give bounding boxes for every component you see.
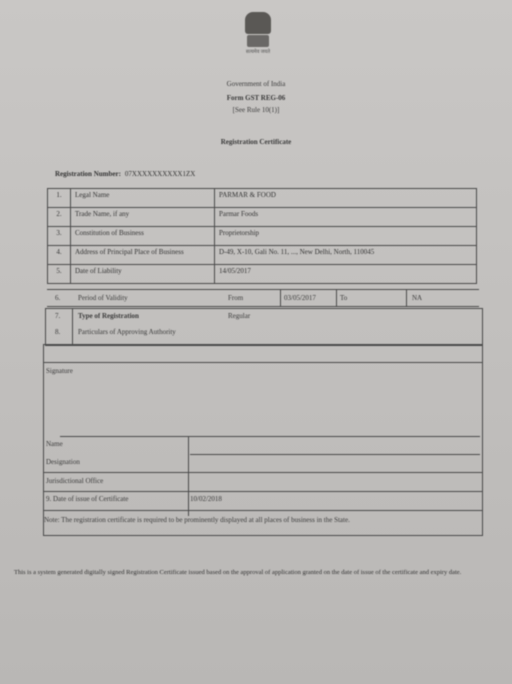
type-sn: 7. bbox=[55, 312, 60, 320]
row-sn: 5. bbox=[48, 265, 71, 284]
approving-label: Particulars of Approving Authority bbox=[78, 328, 176, 336]
type-label: Type of Registration bbox=[78, 312, 139, 320]
validity-to-value: NA bbox=[412, 294, 422, 302]
row-sn: 4. bbox=[48, 246, 71, 265]
table-row: 2.Trade Name, if anyParmar Foods bbox=[48, 208, 477, 227]
row-value: PARMAR & FOOD bbox=[215, 189, 477, 208]
header-government: Government of India bbox=[0, 80, 512, 88]
table-row: 1.Legal NamePARMAR & FOOD bbox=[48, 189, 477, 208]
table-row: 4.Address of Principal Place of Business… bbox=[48, 246, 477, 265]
issue-date-label: 9. Date of issue of Certificate bbox=[46, 495, 128, 503]
name-label: Name bbox=[46, 440, 63, 448]
validity-from-value: 03/05/2017 bbox=[284, 294, 316, 302]
registration-number-label: Registration Number: bbox=[55, 170, 121, 178]
row-label: Trade Name, if any bbox=[71, 208, 215, 227]
signature-label: Signature bbox=[46, 367, 73, 375]
row-label: Date of Liability bbox=[71, 265, 215, 284]
row-value: 14/05/2017 bbox=[215, 265, 477, 284]
header-rule: [See Rule 10(1)] bbox=[0, 106, 512, 114]
approving-sn: 8. bbox=[55, 328, 60, 336]
certificate-page: सत्यमेव जयते Government of India Form GS… bbox=[0, 0, 512, 684]
row-value: D-49, X-10, Gali No. 11, ..., New Delhi,… bbox=[215, 246, 477, 265]
row-value: Proprietorship bbox=[215, 227, 477, 246]
row-label: Legal Name bbox=[71, 189, 215, 208]
row-label: Constitution of Business bbox=[71, 227, 215, 246]
table-row: 5.Date of Liability14/05/2017 bbox=[48, 265, 477, 284]
type-value: Regular bbox=[228, 312, 250, 320]
designation-label: Designation bbox=[46, 458, 80, 466]
validity-from-label: From bbox=[228, 294, 243, 302]
emblem-motto: सत्यमेव जयते bbox=[242, 49, 274, 55]
certificate-details-table: 1.Legal NamePARMAR & FOOD2.Trade Name, i… bbox=[47, 188, 477, 284]
jurisdiction-label: Jurisdictional Office bbox=[46, 477, 103, 485]
row-sn: 1. bbox=[48, 189, 71, 208]
validity-to-label: To bbox=[340, 294, 347, 302]
certificate-title: Registration Certificate bbox=[0, 138, 512, 146]
validity-label: Period of Validity bbox=[78, 294, 128, 302]
row-value: Parmar Foods bbox=[215, 208, 477, 227]
row-label: Address of Principal Place of Business bbox=[71, 246, 215, 265]
system-generated-footer: This is a system generated digitally sig… bbox=[14, 568, 484, 578]
display-note: Note: The registration certificate is re… bbox=[44, 516, 480, 524]
row-sn: 2. bbox=[48, 208, 71, 227]
registration-number: Registration Number:07XXXXXXXXXX1ZX bbox=[55, 170, 195, 178]
header-form-name: Form GST REG-06 bbox=[0, 94, 512, 102]
table-row: 3.Constitution of BusinessProprietorship bbox=[48, 227, 477, 246]
validity-sn: 6. bbox=[55, 294, 60, 302]
issue-date-value: 10/02/2018 bbox=[190, 495, 222, 503]
registration-number-value: 07XXXXXXXXXX1ZX bbox=[125, 170, 195, 178]
national-emblem-icon: सत्यमेव जयते bbox=[242, 12, 274, 62]
row-sn: 3. bbox=[48, 227, 71, 246]
